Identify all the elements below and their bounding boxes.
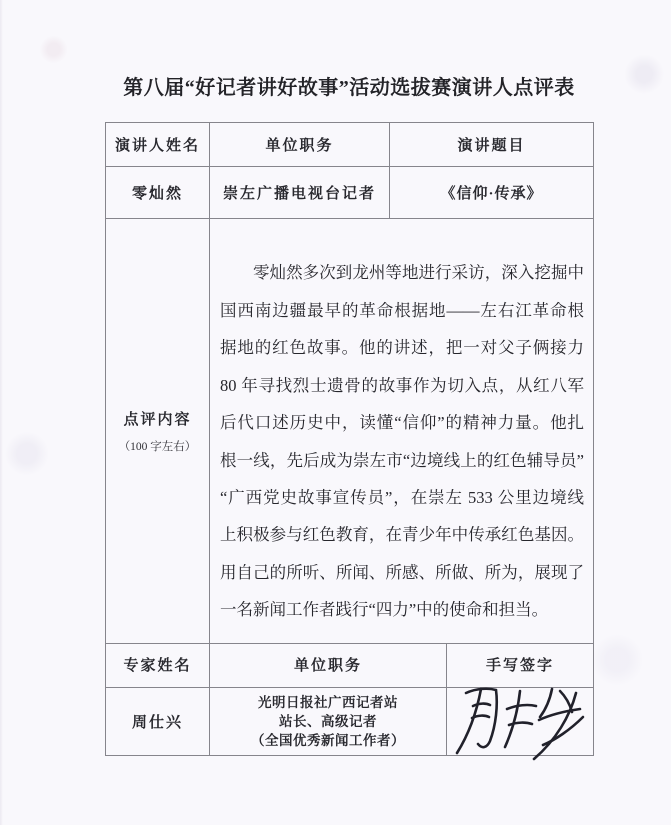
- expert-unit-line: 站长、高级记者: [210, 712, 446, 731]
- speaker-name: 零灿然: [106, 167, 210, 219]
- speaker-review-table: 演讲人姓名 单位职务 演讲题目 零灿然 崇左广播电视台记者 《信仰·传承》 点评…: [105, 122, 594, 644]
- header-expert-name: 专家姓名: [106, 643, 210, 687]
- review-word-count-note: （100 字左右）: [106, 438, 209, 454]
- review-line: 一名新闻工作者践行“四力”中的使命和担当。: [220, 591, 584, 628]
- expert-unit-line: （全国优秀新闻工作者）: [210, 731, 446, 750]
- expert-table: 专家姓名 单位职务 手写签字 周仕兴 光明日报社广西记者站 站长、高级记者 （全…: [105, 643, 594, 756]
- review-line: 根一线，先后成为崇左市“边境线上的红色辅导员”: [220, 442, 584, 479]
- table-row: 演讲人姓名 单位职务 演讲题目: [106, 123, 594, 167]
- speech-topic: 《信仰·传承》: [390, 167, 594, 219]
- expert-unit: 光明日报社广西记者站 站长、高级记者 （全国优秀新闻工作者）: [210, 687, 447, 755]
- expert-unit-line: 光明日报社广西记者站: [210, 693, 446, 712]
- review-line: 上积极参与红色教育，在青少年中传承红色基因。: [220, 516, 584, 553]
- review-line: 据地的红色故事。他的讲述，把一对父子俩接力: [220, 329, 584, 366]
- review-label: 点评内容: [106, 408, 209, 429]
- review-content-cell: 零灿然多次到龙州等地进行采访，深入挖掘中 国西南边疆最早的革命根据地——左右江革…: [210, 219, 594, 644]
- table-row: 零灿然 崇左广播电视台记者 《信仰·传承》: [106, 167, 594, 219]
- review-label-cell: 点评内容 （100 字左右）: [106, 219, 210, 644]
- header-speaker-name: 演讲人姓名: [106, 123, 210, 167]
- review-line: 后代口述历史中，读懂“信仰”的精神力量。他扎: [220, 404, 584, 441]
- header-speech-topic: 演讲题目: [390, 123, 594, 167]
- header-signature: 手写签字: [447, 643, 594, 687]
- review-line: 零灿然多次到龙州等地进行采访，深入挖掘中: [220, 254, 584, 291]
- signature-cell: [447, 687, 594, 755]
- review-line: 用自己的所听、所闻、所感、所做、所为，展现了: [220, 554, 584, 591]
- speaker-unit: 崇左广播电视台记者: [210, 167, 390, 219]
- review-line: 国西南边疆最早的革命根据地——左右江革命根: [220, 292, 584, 329]
- scanned-form-page: 第八届“好记者讲好故事”活动选拔赛演讲人点评表 演讲人姓名 单位职务 演讲题目 …: [0, 0, 671, 825]
- page-title: 第八届“好记者讲好故事”活动选拔赛演讲人点评表: [105, 71, 593, 100]
- table-row: 点评内容 （100 字左右） 零灿然多次到龙州等地进行采访，深入挖掘中 国西南边…: [106, 219, 594, 644]
- review-paragraph: 零灿然多次到龙州等地进行采访，深入挖掘中 国西南边疆最早的革命根据地——左右江革…: [210, 233, 593, 628]
- table-row: 专家姓名 单位职务 手写签字: [106, 643, 594, 687]
- expert-name: 周仕兴: [106, 687, 210, 755]
- review-line: 80 年寻找烈士遗骨的故事作为切入点，从红八军: [220, 367, 584, 404]
- review-line: “广西党史故事宣传员”，在崇左 533 公里边境线: [220, 479, 584, 516]
- table-row: 周仕兴 光明日报社广西记者站 站长、高级记者 （全国优秀新闻工作者）: [106, 687, 594, 755]
- header-expert-unit: 单位职务: [210, 643, 447, 687]
- header-speaker-unit: 单位职务: [210, 123, 390, 167]
